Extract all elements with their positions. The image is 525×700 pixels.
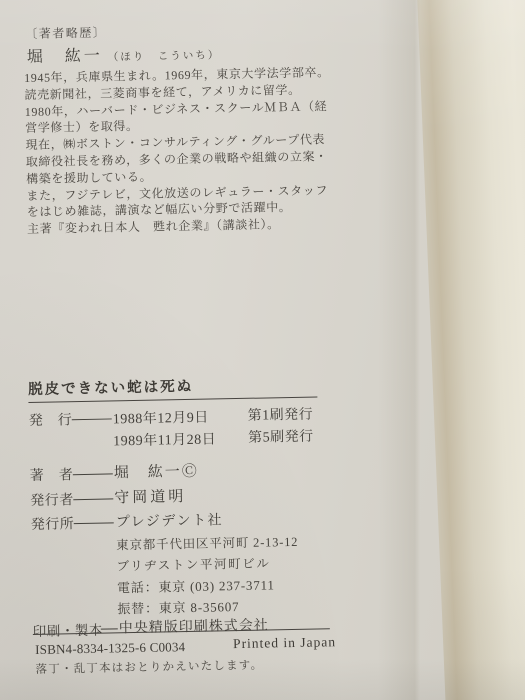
leader-line — [101, 628, 118, 629]
book-title: 脱皮できない蛇は死ぬ — [28, 375, 193, 399]
publisher-person-label: 発行者 — [30, 489, 74, 510]
isbn-code: ISBN4-8334-1325-6 C0034 — [35, 639, 185, 658]
author-row-label: 著 者 — [30, 464, 74, 485]
publication-label: 発 行 — [29, 409, 73, 430]
publisher-company-label: 発行所 — [31, 513, 75, 534]
colophon-page: 〔著者略歴〕 堀 紘一（ほり こういち） 1945年，兵庫県生まれ。1969年，… — [0, 0, 525, 700]
printer-label: 印刷・製本 — [33, 619, 103, 640]
first-edition-printing: 第1刷発行 — [248, 404, 314, 425]
printed-in-japan: Printed in Japan — [233, 634, 336, 652]
leader-line — [73, 498, 113, 500]
publisher-address-line: 東京都千代田区平河町 2-13-12 — [116, 532, 298, 553]
author-name-line: 堀 紘一（ほり こういち） — [27, 40, 221, 67]
publisher-phone: 電話：東京 (03) 237-3711 — [117, 574, 275, 596]
author-row-value: 堀 紘一Ⓒ — [114, 460, 199, 483]
leader-line — [74, 522, 114, 524]
author-bio-section-label: 〔著者略歴〕 — [25, 23, 106, 42]
first-edition-date: 1988年12月9日 — [113, 407, 209, 429]
publisher-address-line: ブリヂストン平河町ビル — [116, 553, 270, 574]
printer-value: 中央精版印刷株式会社 — [119, 614, 269, 637]
book-colophon-photo: 〔著者略歴〕 堀 紘一（ほり こういち） 1945年，兵庫県生まれ。1969年，… — [0, 0, 525, 700]
fifth-edition-date: 1989年11月28日 — [113, 428, 216, 450]
leader-line — [73, 473, 113, 475]
author-name: 堀 紘一 — [27, 48, 103, 66]
publisher-postal-transfer: 振替：東京 8-35607 — [117, 596, 239, 617]
replacement-note: 落丁・乱丁本はおとりかえいたします。 — [35, 657, 263, 677]
fifth-edition-printing: 第5刷発行 — [248, 426, 314, 447]
author-name-furigana: （ほり こういち） — [108, 50, 221, 63]
author-bio: 1945年，兵庫県生まれ。1969年，東京大学法学部卒。 読売新聞社，三菱商事を… — [24, 64, 333, 238]
leader-line — [72, 418, 112, 420]
publisher-person-value: 守岡道明 — [114, 485, 186, 507]
publisher-company-value: プレジデント社 — [116, 509, 224, 531]
